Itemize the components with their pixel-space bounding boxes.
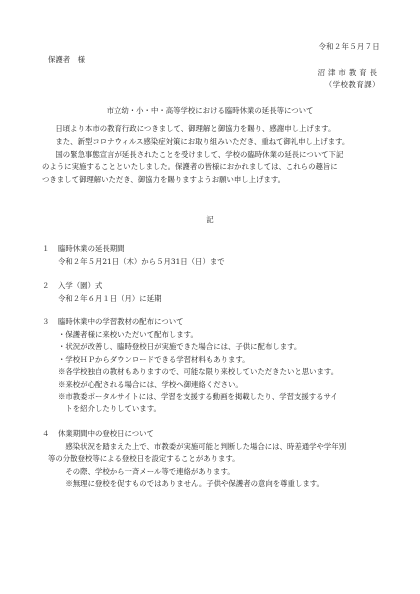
- section-line: ※無理に登校を促すものではありません。子供や保護者の意向を尊重します。: [58, 480, 324, 487]
- section-line: トを紹介したりしています。: [58, 405, 161, 412]
- section-line: ※来校が心配される場合には、学校へ御連絡ください。: [58, 381, 243, 388]
- section-line: ・学校ＨＰからダウンロードできる学習材料もあります。: [58, 356, 250, 363]
- intro-line: のように実施することといたしました。保護者の皆様におかれましては、これらの趣旨に: [42, 163, 338, 170]
- section-heading: 入学（園）式: [58, 282, 102, 289]
- sender-department: （学校教育課）: [325, 81, 380, 88]
- sender-name: 沼津市教育長: [318, 69, 380, 76]
- section-line: ・保護者様に来校いただいて配布します。: [58, 331, 198, 338]
- intro-line: 日頃より本市の教育行政につきまして、御理解と御協力を賜り、感謝申し上げます。: [48, 125, 335, 132]
- section-heading: 臨時休業の延長期間: [58, 245, 125, 252]
- section-line: ・状況が改善し、臨時登校日が実施できた場合には、子供に配布します。: [58, 343, 301, 350]
- document-date: 令和２年５月７日: [318, 43, 380, 50]
- addressee: 保護者 様: [48, 56, 85, 63]
- section-number: ２: [42, 282, 49, 289]
- section-line: その際、学校から一斉メール等で連絡があります。: [58, 468, 235, 475]
- section-heading: 休業期間中の登校日について: [58, 430, 154, 437]
- intro-line: また、新型コロナウィルス感染症対策にお取り組みいただき、重ねて御礼申し上げます。: [48, 138, 349, 145]
- section-number: ３: [42, 318, 49, 325]
- intro-line: つきまして御理解いただき、御協力を賜りますようお願い申し上げます。: [42, 176, 285, 183]
- section-line: 等の分散登校等による登校日を設定することがあります。: [48, 455, 240, 462]
- document-title: 市立幼・小・中・高等学校における臨時休業の延長等について: [0, 107, 420, 114]
- section-line: ※市教委ポータルサイトには、学習を支援する動画を掲載したり、学習支援するサイ: [58, 393, 338, 400]
- section-number: １: [42, 245, 49, 252]
- section-heading: 臨時休業中の学習教材の配布について: [58, 318, 184, 325]
- intro-line: 国の緊急事態宣言が延長されたことを受けまして、学校の臨時休業の延長について下記: [48, 151, 343, 158]
- section-line: 令和２年５月21日（木）から５月31日（日）まで: [58, 258, 225, 265]
- section-line: 感染状況を踏まえた上で、市教委が実施可能と判断した場合には、時差通学や学年別: [58, 443, 346, 450]
- section-line: 令和２年６月１日（月）に延期: [58, 295, 161, 302]
- ki-heading: 記: [0, 216, 420, 223]
- section-line: ※各学校独自の教材もありますので、可能な限り来校していただきたいと思います。: [58, 368, 338, 375]
- section-number: ４: [42, 430, 49, 437]
